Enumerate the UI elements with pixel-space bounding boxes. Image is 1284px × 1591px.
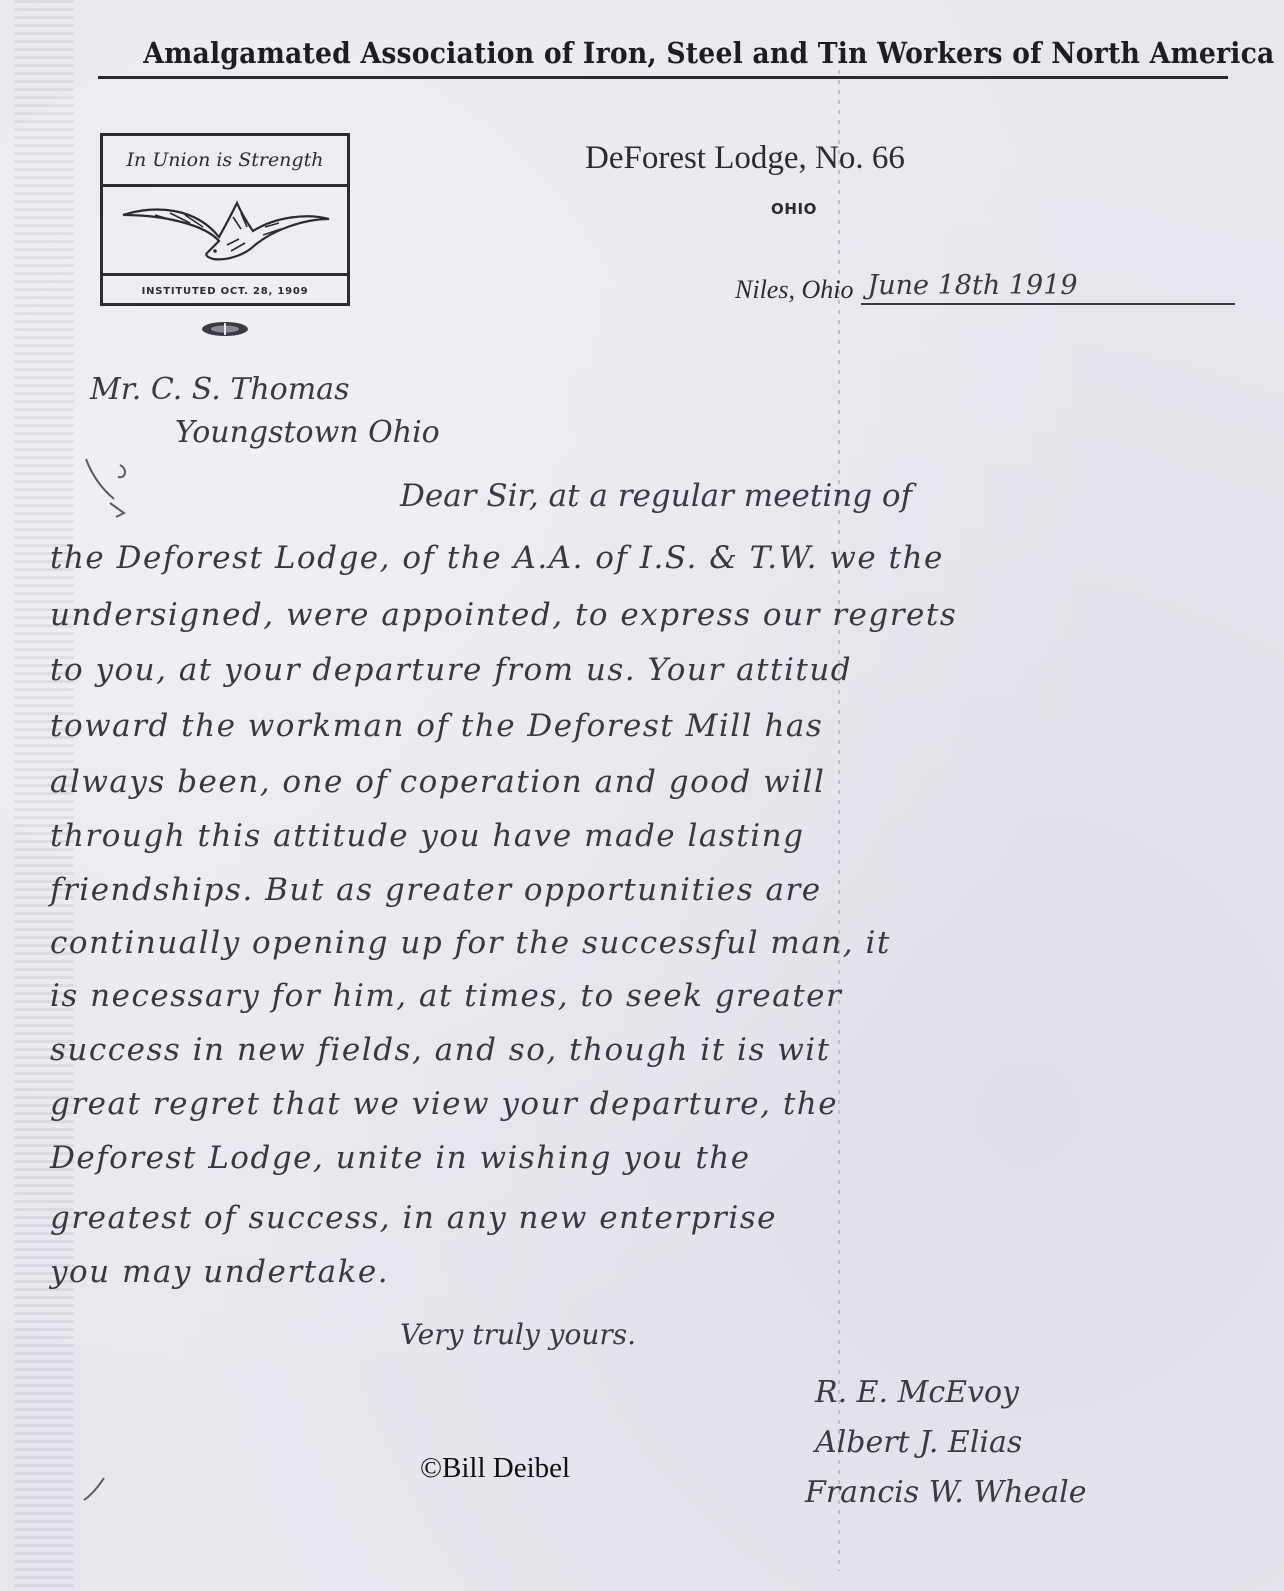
body-line: always been, one of coperation and good … [50, 764, 1260, 800]
signature: Albert J. Elias [815, 1418, 1087, 1468]
emblem-motto: In Union is Strength [103, 136, 347, 187]
body-line: is necessary for him, at times, to seek … [50, 978, 1260, 1014]
body-line: Deforest Lodge, unite in wishing you the [50, 1140, 1260, 1176]
organization-name: Amalgamated Association of Iron, Steel a… [143, 36, 1183, 70]
body-line: to you, at your departure from us. Your … [50, 652, 1260, 688]
dateline-place: Niles, Ohio [735, 275, 853, 305]
ornament-icon [200, 320, 250, 338]
dateline: Niles, Ohio June 18th 1919 [735, 270, 1235, 305]
body-line: toward the workman of the Deforest Mill … [50, 708, 1260, 744]
ink-mark [80, 1470, 120, 1510]
body-line: the Deforest Lodge, of the A.A. of I.S. … [50, 540, 1260, 576]
ink-scribble [80, 455, 160, 525]
signature: Francis W. Wheale [805, 1468, 1087, 1518]
emblem-instituted-date: INSTITUTED OCT. 28, 1909 [103, 276, 347, 306]
signature-block: R. E. McEvoy Albert J. Elias Francis W. … [815, 1368, 1087, 1518]
body-line: you may undertake. [50, 1254, 1260, 1290]
addressee-address: Youngstown Ohio [175, 415, 440, 450]
body-line: great regret that we view your departure… [50, 1086, 1260, 1122]
letterhead-masthead: Amalgamated Association of Iron, Steel a… [98, 36, 1228, 79]
copyright-watermark: ©Bill Deibel [420, 1452, 570, 1485]
body-line: undersigned, were appointed, to express … [50, 597, 1260, 633]
lodge-name: DeForest Lodge, No. 66 [585, 140, 905, 177]
lodge-state: OHIO [771, 200, 817, 218]
body-line: through this attitude you have made last… [50, 818, 1260, 854]
salutation: Dear Sir, at a regular meeting of [400, 478, 912, 514]
addressee-name: Mr. C. S. Thomas [90, 372, 349, 407]
body-line: success in new fields, and so, though it… [50, 1032, 1260, 1068]
body-line: greatest of success, in any new enterpri… [50, 1200, 1260, 1236]
closing: Very truly yours. [400, 1318, 636, 1351]
signature: R. E. McEvoy [815, 1368, 1087, 1418]
union-emblem: In Union is Strength INSTITUTED OCT. 28,… [100, 133, 350, 306]
body-line: continually opening up for the successfu… [50, 925, 1260, 961]
dateline-date: June 18th 1919 [861, 270, 1235, 305]
letter-page: Amalgamated Association of Iron, Steel a… [0, 0, 1284, 1591]
body-line: friendships. But as greater opportunitie… [50, 872, 1260, 908]
dove-in-flight-icon [103, 187, 347, 276]
masthead-rule [98, 76, 1228, 79]
